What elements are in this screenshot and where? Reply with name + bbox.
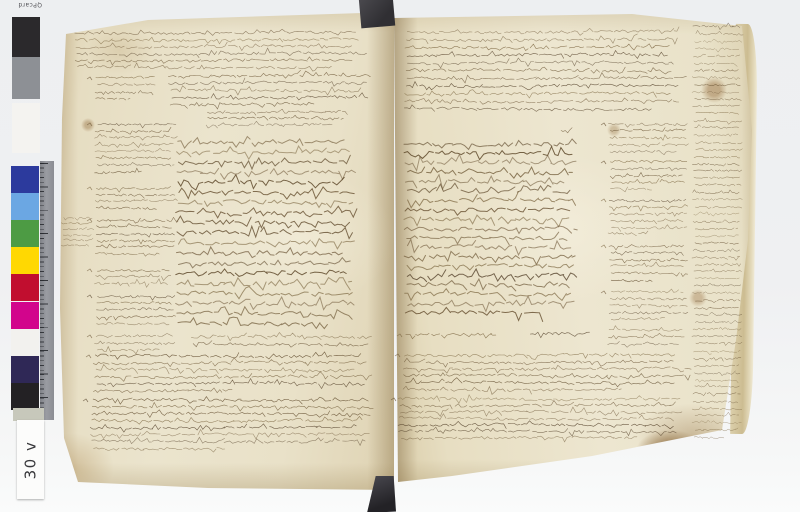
- color-patch-dark-blue: [11, 166, 39, 193]
- page-left-verso: [58, 8, 394, 492]
- color-patch-black: [11, 383, 39, 410]
- binding-strap-top: [359, 0, 395, 28]
- ruler: [40, 161, 54, 420]
- ruler-major-ticks: [40, 163, 48, 418]
- gray-patch-gray: [12, 57, 40, 99]
- color-patch-violet: [11, 356, 39, 383]
- color-patch-yellow: [11, 247, 39, 274]
- colorbar-brand-label: QPcard: [12, 1, 48, 8]
- parchment-stains-right: [392, 10, 760, 488]
- page-right-recto: [392, 10, 760, 488]
- gray-patch-black: [12, 17, 40, 57]
- folio-label-text: 30 v: [22, 440, 40, 479]
- color-patch-light-blue: [11, 193, 39, 220]
- parchment-stains-left: [58, 8, 394, 492]
- folio-label: 30 v: [17, 420, 44, 499]
- gray-patch-white: [12, 103, 40, 153]
- manuscript-photo: QPcard 30 v: [0, 0, 800, 512]
- color-calibration-target: QPcard 30 v: [10, 0, 58, 504]
- color-patch-green: [11, 220, 39, 247]
- color-patch-red: [11, 274, 39, 301]
- color-patch-white: [11, 329, 39, 356]
- color-patch-magenta: [11, 302, 39, 329]
